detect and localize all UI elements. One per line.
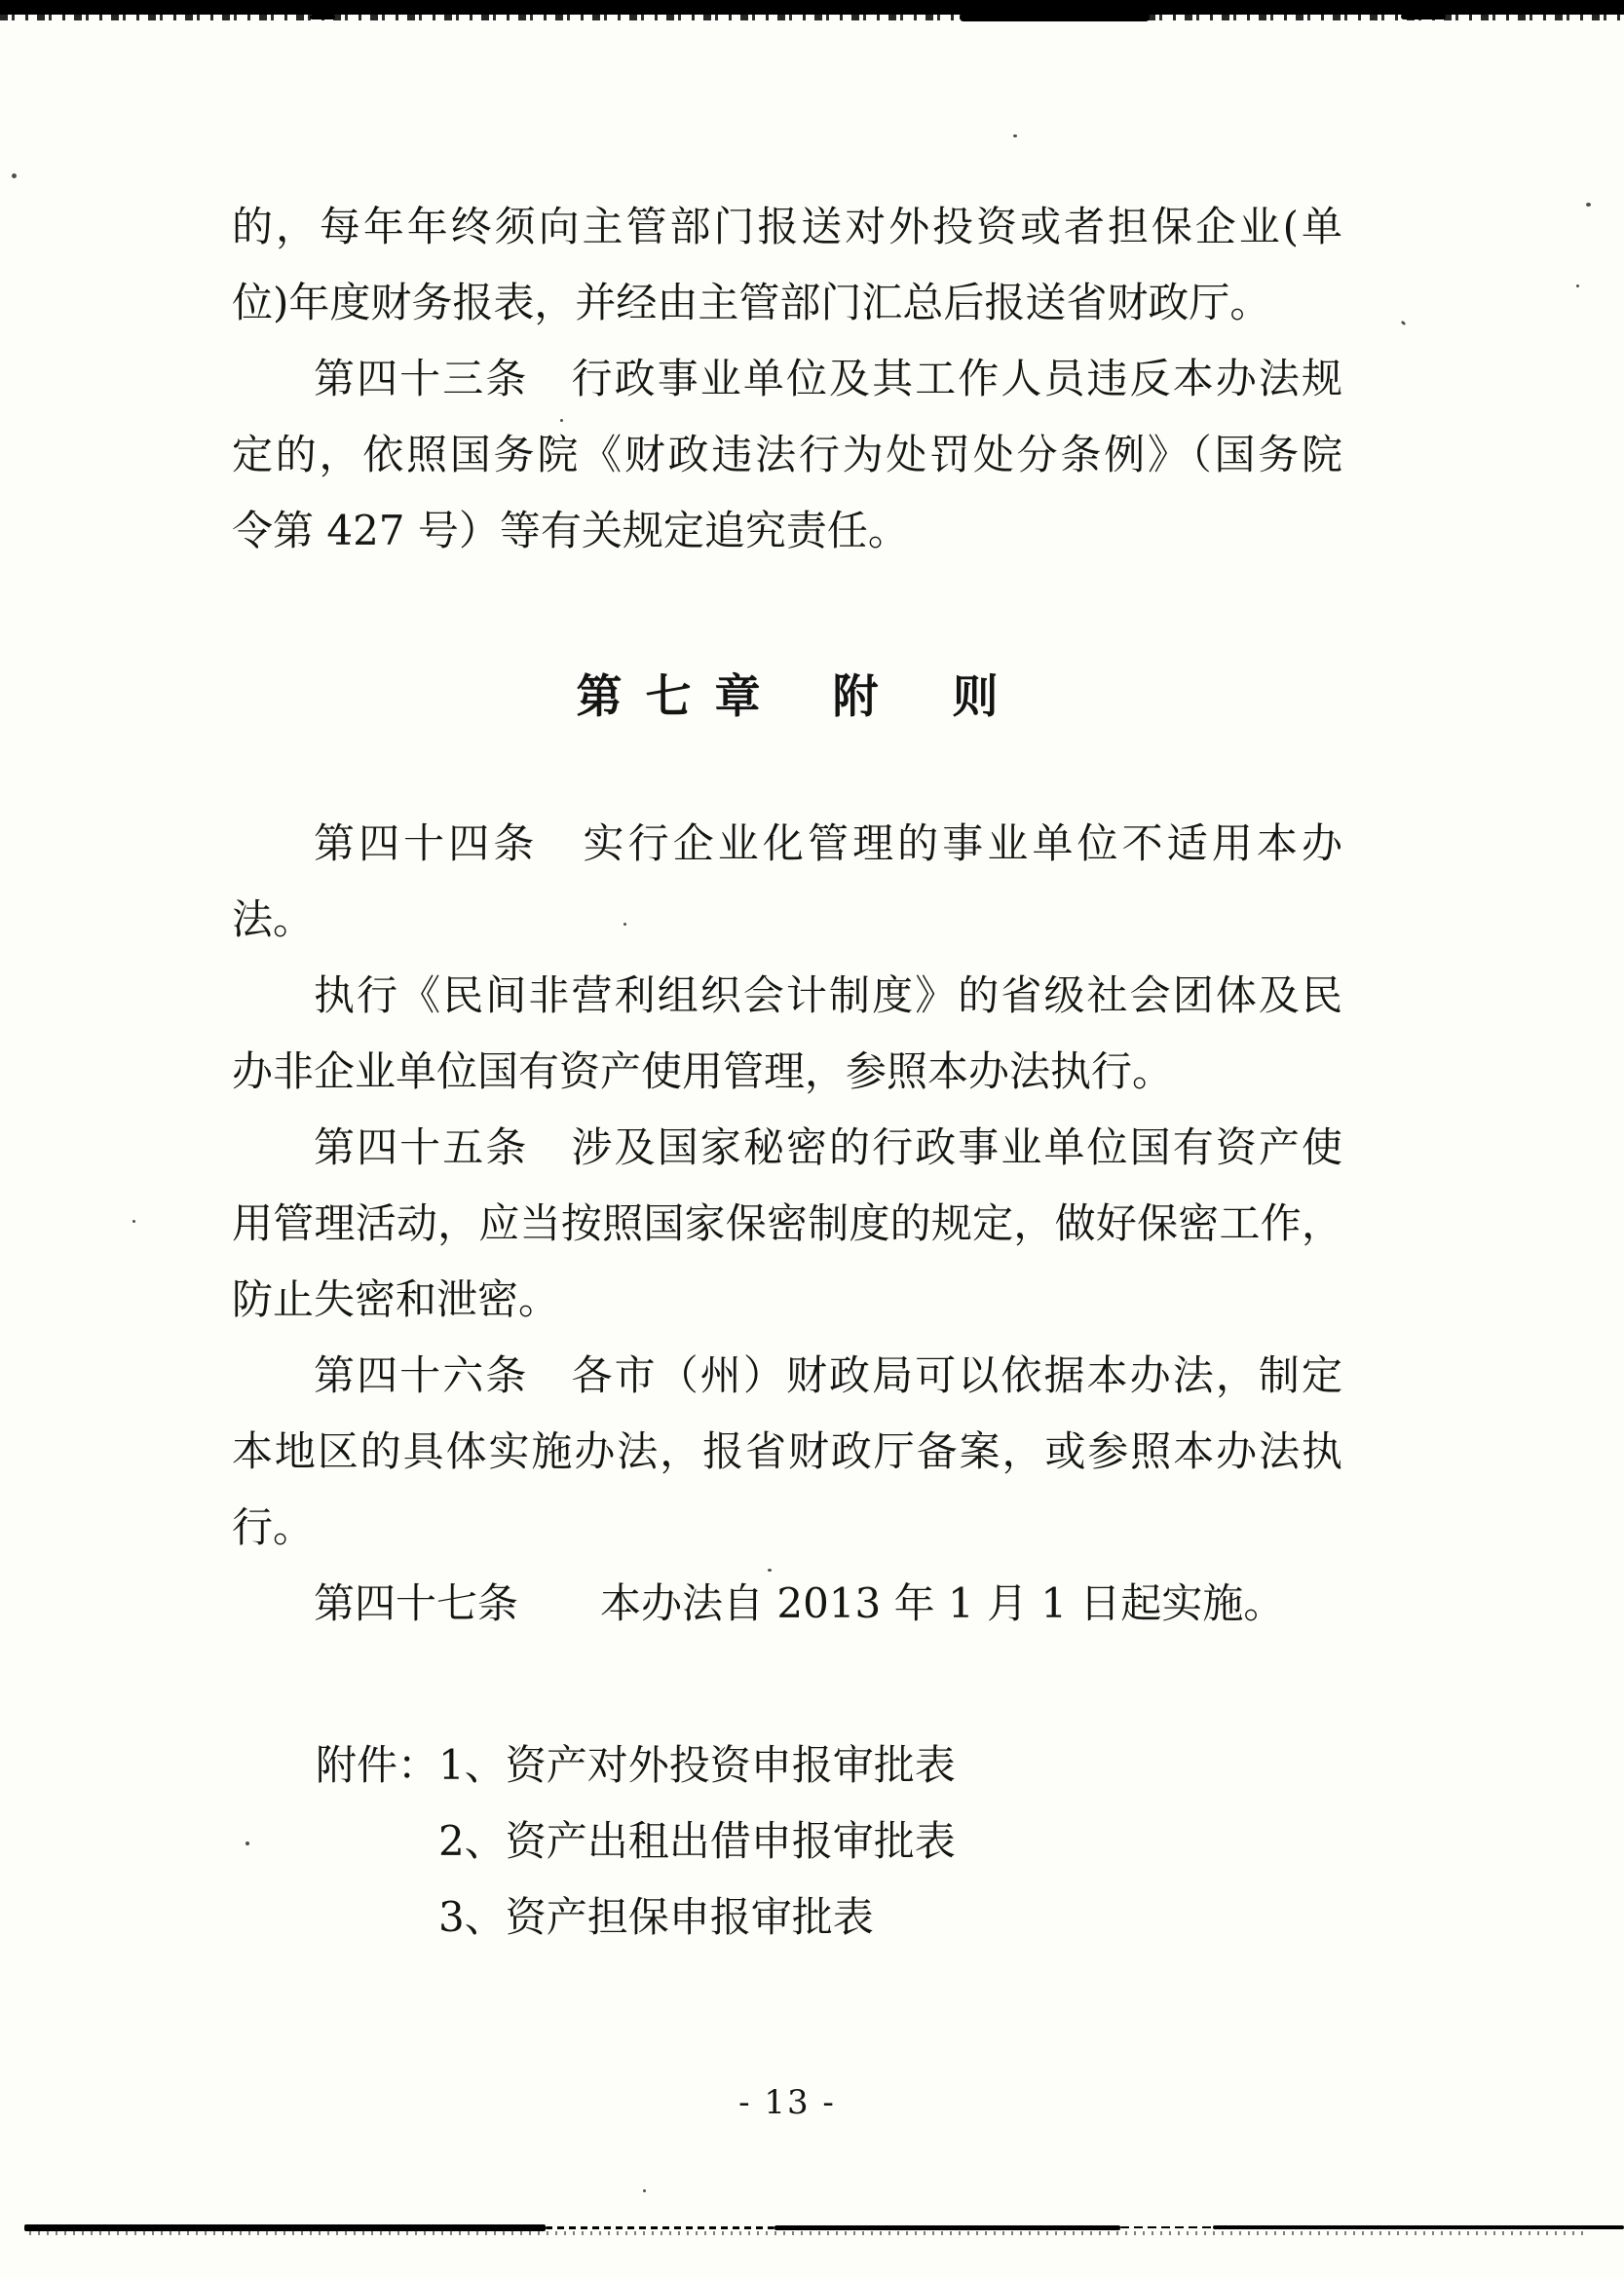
scan-line-segment	[24, 2224, 546, 2231]
scan-line-segment	[1120, 2226, 1213, 2228]
body-line: 用管理活动，应当按照国家保密制度的规定，做好保密工作，	[232, 1186, 1342, 1262]
chapter-title-char: 附	[833, 670, 879, 724]
scan-speck	[1401, 321, 1407, 326]
body-line: 的，每年年终须向主管部门报送对外投资或者担保企业(单	[232, 189, 1342, 265]
body-line: 执行《民间非营利组织会计制度》的省级社会团体及民	[232, 958, 1342, 1034]
scan-speck	[12, 173, 17, 178]
body-line: 第四十三条 行政事业单位及其工作人员违反本办法规	[232, 341, 1342, 417]
scan-speck	[768, 1569, 772, 1572]
scan-speck	[245, 1842, 249, 1845]
scan-speck	[643, 2189, 646, 2192]
body-line: 位)年度财务报表，并经由主管部门汇总后报送省财政厅。	[232, 265, 1342, 341]
body-line: 第四十六条 各市（州）财政局可以依据本办法，制定	[232, 1338, 1342, 1414]
body-line: 办非企业单位国有资产使用管理，参照本办法执行。	[232, 1034, 1342, 1110]
body-line: 第四十五条 涉及国家秘密的行政事业单位国有资产使	[232, 1110, 1342, 1186]
scan-bottom-edge-line	[0, 2222, 1624, 2238]
body-line: 行。	[232, 1490, 1342, 1566]
attachment-line: 附件：1、资产对外投资申报审批表	[232, 1728, 1342, 1804]
chapter-title-char: 则	[953, 670, 999, 724]
body-line: 防止失密和泄密。	[232, 1262, 1342, 1338]
scan-line-segment	[546, 2226, 774, 2229]
scan-top-edge-blob	[960, 13, 1150, 21]
chapter-number: 第七章	[577, 670, 784, 724]
attachments-list: 附件：1、资产对外投资申报审批表 2、资产出租出借申报审批表 3、资产担保申报审…	[232, 1728, 1342, 1956]
scan-top-edge-bar	[0, 0, 1624, 15]
scan-speck	[623, 923, 626, 926]
page-number: - 13 -	[232, 2081, 1342, 2124]
scan-line-segment	[774, 2225, 1120, 2230]
body-line: 第四十七条 本办法自 2013 年 1 月 1 日起实施。	[232, 1566, 1342, 1642]
scan-speck	[560, 419, 563, 422]
scan-top-edge-speckle	[0, 15, 1624, 20]
body-line: 定的，依照国务院《财政违法行为处罚处分条例》（国务院	[232, 417, 1342, 493]
scanned-document-page: 的，每年年终须向主管部门报送对外投资或者担保企业(单 位)年度财务报表，并经由主…	[0, 0, 1624, 2279]
scan-top-edge-blob	[310, 15, 335, 19]
chapter-heading: 第七章附则	[232, 660, 1342, 736]
body-line: 第四十四条 实行企业化管理的事业单位不适用本办	[232, 806, 1342, 882]
paragraph-block-lower: 第四十四条 实行企业化管理的事业单位不适用本办 法。 执行《民间非营利组织会计制…	[232, 806, 1342, 1642]
body-line: 本地区的具体实施办法，报省财政厅备案，或参照本办法执	[232, 1414, 1342, 1490]
attachment-line: 3、资产担保申报审批表	[232, 1880, 1342, 1956]
body-line: 令第 427 号）等有关规定追究责任。	[232, 493, 1342, 569]
scan-line-speckle	[29, 2231, 1588, 2235]
scan-speck	[132, 1220, 135, 1223]
body-line: 法。	[232, 882, 1342, 958]
attachment-line: 2、资产出租出借申报审批表	[232, 1804, 1342, 1880]
paragraph-block-upper: 的，每年年终须向主管部门报送对外投资或者担保企业(单 位)年度财务报表，并经由主…	[232, 189, 1342, 569]
scan-top-edge-blob	[1401, 14, 1446, 19]
scan-speck	[1013, 134, 1017, 137]
scan-speck	[1586, 203, 1591, 207]
scan-speck	[1576, 285, 1579, 287]
scan-line-segment	[1213, 2225, 1624, 2229]
